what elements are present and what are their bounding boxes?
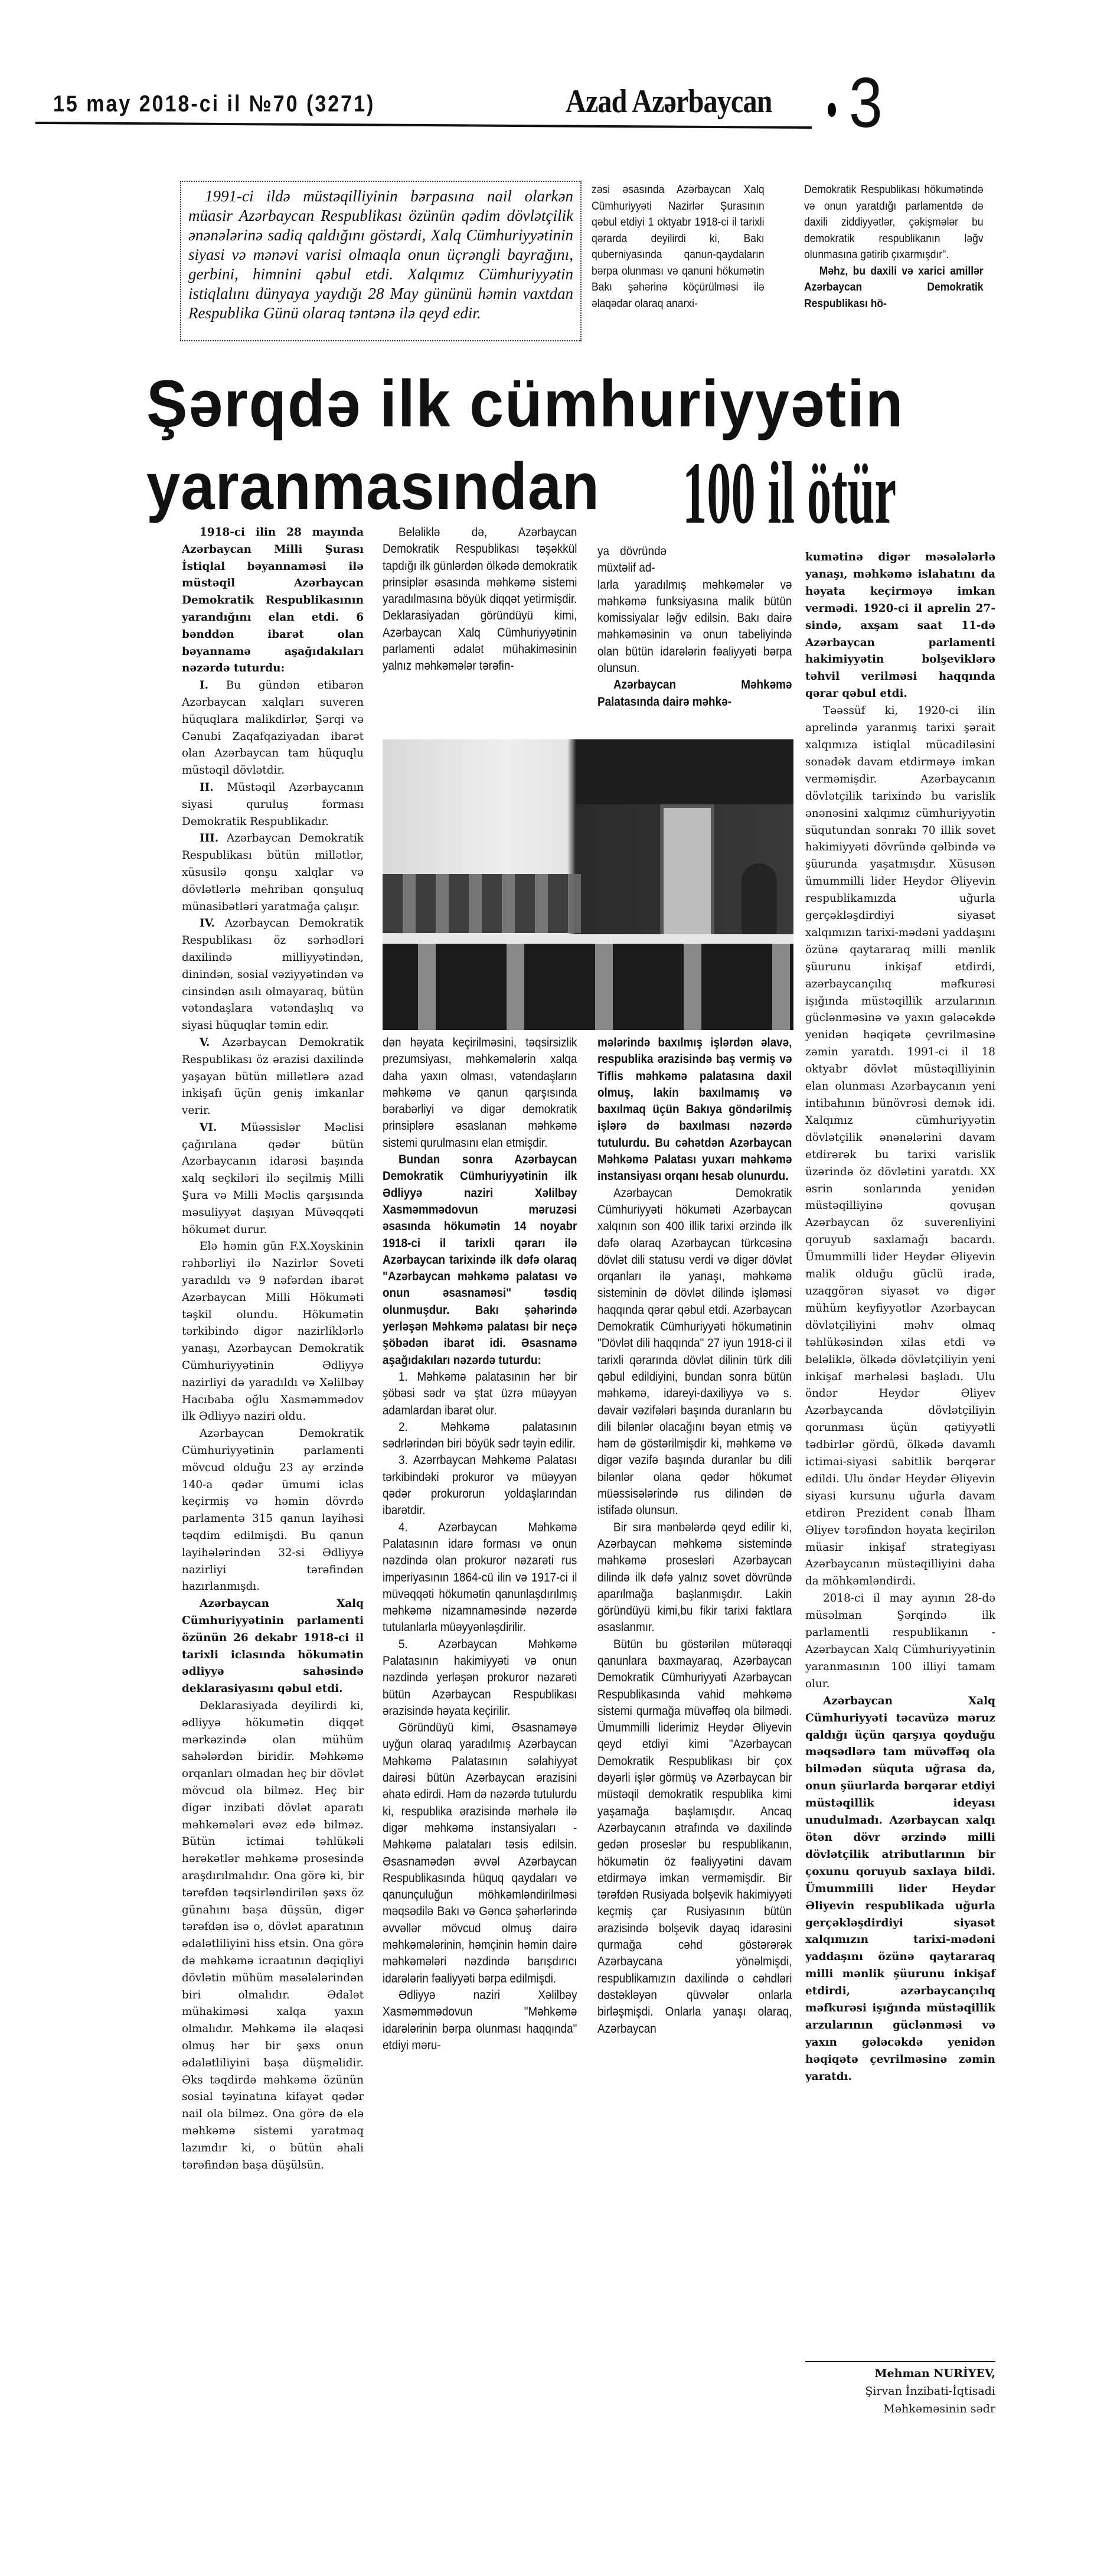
paragraph: 1. Məhkəmə palatasının hər bir şöbəsi sə… [383,1369,577,1419]
bullet-icon [828,103,836,117]
issue-date: 15 may 2018-ci il №70 (3271) [53,91,375,118]
paragraph: Elə həmin gün F.X.Xoyskinin rəhbərliyi i… [182,1238,364,1426]
newspaper-name: Azad Azərbaycan [566,83,772,120]
paragraph: Bir sıra mənbələrdə qeyd edilir ki, Azər… [597,1519,792,1636]
clause-number: I. [200,679,208,692]
paragraph: mələrində baxılmış işlərdən əlavə, respu… [597,1035,792,1185]
paragraph: 2018-ci il may ayının 28-də müsəlman Şər… [805,1590,995,1693]
paragraph: II. Müstəqil Azərbaycanın siyasi quruluş… [182,780,364,830]
headline-line-2: yaranmasından [146,454,600,520]
intro-text: 1991-ci ildə müstəqilliyinin bərpasına n… [188,187,573,323]
author-signature: Mehman NURİYEV, Şirvan İnzibati-İqtisadi… [805,2365,995,2418]
paragraph: larla yaradılmış məhkəmələr və məhkəmə f… [597,577,792,677]
paragraph: Bütün bu göstərilən mütərəqqi qanunlara … [597,1636,792,2037]
photo-door [660,804,714,941]
photo-drape [576,739,793,804]
paragraph: 2. Məhkəmə palatasının sədrlərindən biri… [383,1419,577,1453]
clause-number: II. [200,781,214,794]
masthead-rule [35,122,812,129]
article-column-3-bottom: mələrində baxılmış işlərdən əlavə, respu… [597,1035,792,2037]
headline-line-1: Şərqdə ilk cümhuriyyətin [146,371,904,437]
article-column-2-bottom: dən həyata keçirilməsini, təqsirsizlik p… [383,1035,577,2054]
article-column-2-top: Beləliklə də, Azərbaycan Demokratik Resp… [383,524,577,675]
paragraph: Təəssüf ki, 1920-ci ilin aprelində yaran… [805,703,995,1590]
clause-number: V. [200,1036,210,1049]
article-column-1: 1918-ci ilin 28 mayında Azərbaycan Milli… [182,524,364,2174]
photo-speaker [742,863,777,934]
paragraph: Azərbaycan Demokratik Cümhuriyyətinin pa… [182,1426,364,1596]
paragraph: Azərbaycan Demokratik Cümhuriyyəti hökum… [597,1185,792,1519]
clause-number: VI. [200,1121,217,1134]
paragraph: ya dövründə müxtəlif ad- [597,543,667,577]
top-column-b-text-1: Demokratik Respublikası hökumətində və o… [804,182,984,263]
masthead: 15 may 2018-ci il №70 (3271) Azad Azərba… [35,70,1092,158]
paragraph: Beləliklə də, Azərbaycan Demokratik Resp… [383,524,577,675]
headline-line-3: 100 il ötür [682,449,896,537]
article-column-3-top: ya dövründə müxtəlif ad- larla yaradılmı… [597,543,792,710]
top-column-a-text: zəsi əsasında Azərbaycan Xalq Cümhuriyyə… [592,182,765,312]
photo-people-back-row [383,874,589,933]
paragraph: Azərbaycan Məhkəmə Palatasında dairə məh… [597,677,792,710]
article-column-4: kumətinə digər məsələlərlə yanaşı, məhkə… [805,549,995,2086]
paragraph: 5. Azərbaycan Məhkəmə Palatasının hakimi… [383,1636,577,1720]
signature-rule [805,2361,995,2362]
top-column-b: Demokratik Respublikası hökumətində və o… [804,182,984,312]
paragraph: Bundan sonra Azərbaycan Demokratik Cümhu… [383,1152,577,1369]
paragraph: VI. Müəssislər Məclisi çağırılana qədər … [182,1120,364,1239]
top-column-a: zəsi əsasında Azərbaycan Xalq Cümhuriyyə… [592,182,765,312]
paragraph: 1918-ci ilin 28 mayında Azərbaycan Milli… [182,524,364,677]
paragraph: III. Azərbaycan Demokratik Respublikası … [182,830,364,915]
paragraph: I. Bu gündən etibarən Azərbaycan xalqlar… [182,677,364,780]
clause-number: III. [200,832,218,844]
photo-people-front-row [383,944,793,1030]
paragraph: V. Azərbaycan Demokratik Respublikası öz… [182,1035,364,1120]
photo-table [383,934,793,944]
author-name: Mehman NURİYEV, [805,2365,995,2382]
archival-photo [383,739,793,1030]
author-position-1: Şirvan İnzibati-İqtisadi [805,2382,995,2400]
paragraph: 3. Azərrbaycan Məhkəmə Palatası tərkibin… [383,1452,577,1519]
paragraph: Azərbaycan Xalq Cümhuriyyətinin parlamen… [182,1596,364,1698]
paragraph: IV. Azərbaycan Demokratik Respublikası ö… [182,915,364,1035]
paragraph: Deklarasiyada deyilirdi ki, ədliyyə höku… [182,1698,364,2174]
paragraph: kumətinə digər məsələlərlə yanaşı, məhkə… [805,549,995,703]
paragraph: Ədliyyə naziri Xəlilbəy Xasməmmədovun "M… [383,1987,577,2054]
paragraph: Azərbaycan Xalq Cümhuriyyəti təcavüzə mə… [805,1693,995,2086]
top-column-b-text-2: Məhz, bu daxili və xarici amillər Azərba… [804,263,984,312]
paragraph: 4. Azərbaycan Məhkəmə Palatasının idarə … [383,1519,577,1636]
paragraph: Göründüyü kimi, Əsasnaməyə uyğun olaraq … [383,1720,577,1987]
clause-number: IV. [200,917,215,930]
author-position-2: Məhkəməsinin sədr [805,2400,995,2418]
intro-box: 1991-ci ildə müstəqilliyinin bərpasına n… [180,181,582,341]
paragraph: dən həyata keçirilməsini, təqsirsizlik p… [383,1035,577,1152]
page-number: 3 [849,67,883,138]
